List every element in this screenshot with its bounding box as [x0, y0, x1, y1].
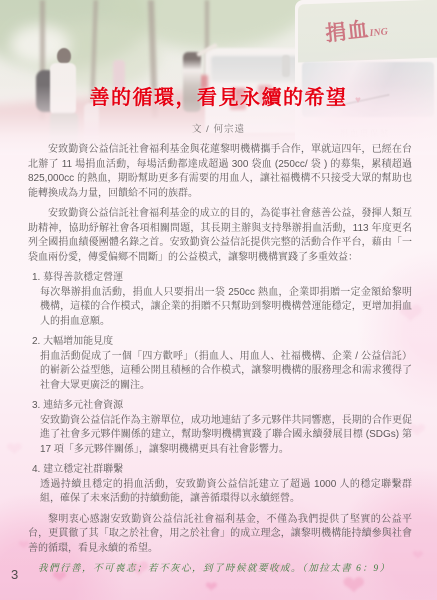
article-body: 安致勤資公益信託社會福利基金與花蓮黎明機構攜手合作，單就這四年，已經在台北辦了 … [28, 143, 412, 557]
paragraph: 安致勤資公益信託社會福利基金與花蓮黎明機構攜手合作，單就這四年，已經在台北辦了 … [28, 143, 412, 201]
heart-icon: ❤ [412, 548, 424, 562]
benefit-body: 捐血活動促成了一個「四方歡呼」（捐血人、用血人、社福機構、企業 / 公益信託）的… [28, 350, 412, 394]
closing-paragraph: 黎明衷心感謝安致勤資公益信託社會福利基金，不僅為我們提供了堅實的公益平台，更貫徹… [28, 513, 412, 557]
heart-icon: ❤ [6, 440, 23, 460]
benefit-item-2: 2. 大幅增加能見度 捐血活動促成了一個「四方歡呼」（捐血人、用血人、社福機構、… [28, 335, 412, 393]
benefit-heading: 1. 募得善款穩定營運 [32, 271, 412, 286]
page-title-text: 善的循環，看見永續的希望 [90, 87, 348, 109]
benefit-body: 安致勤資公益信託作為主辦單位，成功地連結了多元夥伴共同響應，長期的合作更促進了社… [28, 414, 412, 458]
byline: 文 / 何宗遠 [0, 121, 437, 135]
benefit-item-1: 1. 募得善款穩定營運 每次舉辦捐血活動，捐血人只要捐出一袋 250cc 熱血，… [28, 271, 412, 329]
paragraph: 安致勤資公益信託社會福利基金的成立的目的，為從事社會慈善公益，發揮人類互助精神，… [28, 207, 412, 265]
benefit-heading: 4. 建立穩定社群聯繫 [32, 463, 412, 478]
page-title: 善的循環，看見永續的希望 [0, 81, 437, 110]
benefit-item-4: 4. 建立穩定社群聯繫 透過持續且穩定的捐血活動，安致勤資公益信託建立了超過 1… [28, 463, 412, 507]
benefit-heading: 3. 連結多元社會資源 [32, 399, 412, 414]
heart-icon: ❤ [342, 572, 365, 600]
magazine-page: ❤ ❤ ❤ ❤ ❤ ❤ ❤ ❤ ❤ ❤ 捐血ING ♥ 捐血環保號 [0, 0, 437, 600]
heart-icon: ❤ [205, 580, 218, 595]
scripture-quote: 我們行善，不可喪志；若不灰心，到了時候就要收成。（加拉太書 6：9） [38, 560, 408, 574]
benefit-item-3: 3. 連結多元社會資源 安致勤資公益信託作為主辦單位，成功地連結了多元夥伴共同響… [28, 399, 412, 457]
benefit-body: 透過持續且穩定的捐血活動，安致勤資公益信託建立了超過 1000 人的穩定聯繫群組… [28, 478, 412, 507]
benefit-heading: 2. 大幅增加能見度 [32, 335, 412, 350]
page-number: 3 [11, 567, 18, 582]
benefit-body: 每次舉辦捐血活動，捐血人只要捐出一袋 250cc 熱血，企業即捐贈一定金額給黎明… [28, 286, 412, 330]
